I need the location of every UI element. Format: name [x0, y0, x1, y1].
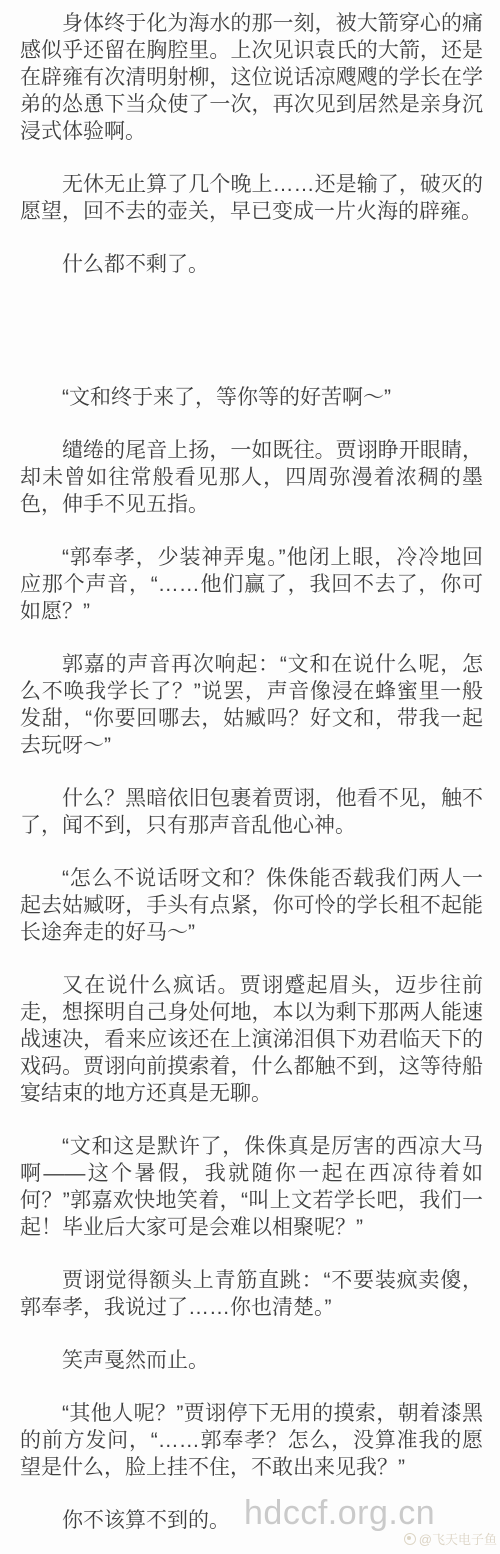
paragraph: 缱绻的尾音上扬，一如既往。贾诩睁开眼睛，却未曾如往常般看见那人，四周弥漫着浓稠的… [20, 437, 483, 518]
paragraph: “怎么不说话呀文和？侏侏能否载我们两人一起去姑臧呀，手头有点紧，你可怜的学长租不… [20, 865, 483, 946]
paragraph: 郭嘉的声音再次响起：“文和在说什么呢，怎么不唤我学长了？”说罢，声音像浸在蜂蜜里… [20, 651, 483, 759]
paragraph: 什么都不剩了。 [20, 251, 483, 278]
paragraph: 笑声戛然而止。 [20, 1347, 483, 1374]
paragraph: 无休无止算了几个晚上……还是输了，破灭的愿望，回不去的壶关，早已变成一片火海的辟… [20, 171, 483, 225]
paragraph: “文和这是默许了，侏侏真是厉害的西凉大马啊——这个暑假，我就随你一起在西凉待着如… [20, 1133, 483, 1241]
paragraph: “其他人呢？”贾诩停下无用的摸索，朝着漆黑的前方发问，“……郭奉孝？怎么，没算准… [20, 1400, 483, 1481]
paragraph: 贾诩觉得额头上青筋直跳：“不要装疯卖傻，郭奉孝，我说过了……你也清楚。” [20, 1267, 483, 1321]
watermark-logo-icon [404, 1533, 416, 1545]
novel-text-page: 身体终于化为海水的那一刻，被大箭穿心的痛感似乎还留在胸腔里。上次见识袁氏的大箭，… [0, 0, 500, 1554]
paragraph: 身体终于化为海水的那一刻，被大箭穿心的痛感似乎还留在胸腔里。上次见识袁氏的大箭，… [20, 10, 483, 145]
paragraph: “郭奉孝，少装神弄鬼。”他闭上眼，冷冷地回应那个声音，“……他们赢了，我回不去了… [20, 544, 483, 625]
scene-break [20, 304, 483, 384]
paragraph: 你不该算不到的。 [20, 1507, 483, 1534]
novel-text-content: 身体终于化为海水的那一刻，被大箭穿心的痛感似乎还留在胸腔里。上次见识袁氏的大箭，… [0, 0, 500, 1534]
paragraph: “文和终于来了，等你等的好苦啊～” [20, 384, 483, 411]
paragraph: 又在说什么疯话。贾诩蹙起眉头，迈步往前走，想探明自己身处何地，本以为剩下那两人能… [20, 972, 483, 1107]
paragraph: 什么？黑暗依旧包裹着贾诩，他看不见，触不了，闻不到，只有那声音乱他心神。 [20, 785, 483, 839]
